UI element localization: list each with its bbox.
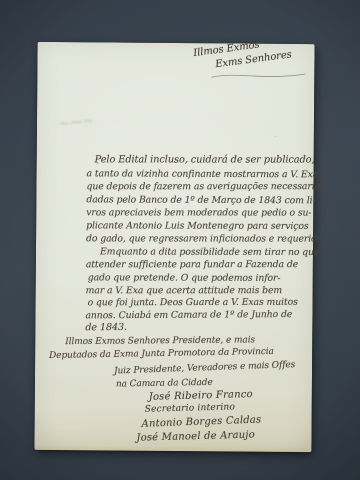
foxing-spots <box>38 42 39 43</box>
pen-flourish-swash <box>209 69 309 82</box>
manuscript-line: gado que pretende. O que podemos infor- <box>88 273 281 283</box>
manuscript-line: que depois de fazerem as averiguações ne… <box>86 182 324 192</box>
manuscript-line: Pelo Edital incluso, cuidará de ser publ… <box>95 155 315 165</box>
address-line: na Camara da Cidade <box>116 379 213 390</box>
manuscript-line: plicante Antonio Luis Montenegro para se… <box>86 221 308 231</box>
photograph-of-manuscript: Illmos Exmos Exms Senhores ~⁓~ Pelo Edit… <box>0 0 360 480</box>
manuscript-line: annos. Cuiabá em Camara de 1º de Junho d… <box>85 310 292 321</box>
manuscript-line: dadas pelo Banco de 1º de Março de 1843 … <box>86 195 315 205</box>
manuscript-line: a tanto da vizinha confinante mostrarmos… <box>87 169 323 179</box>
manuscript-line: o que foi junta. Deos Guarde a V. Exas m… <box>88 298 298 308</box>
date-line: de 1843. <box>85 323 127 333</box>
ink-bleed-ghost: ~⁓~ <box>58 113 94 132</box>
signature: José Manoel de Araujo <box>136 431 255 444</box>
manuscript-line: mar a V. Exa que acerta attitude mais be… <box>86 286 282 295</box>
signature-title: Secretario interino <box>145 403 236 414</box>
manuscript-page: Illmos Exmos Exms Senhores ~⁓~ Pelo Edit… <box>34 42 314 452</box>
manuscript-line: attender sufficiente para fundar a Fazen… <box>86 260 298 269</box>
signature: Antonio Borges Caldas <box>141 415 261 429</box>
manuscript-line: Emquanto a dita possibilidade sem tirar … <box>100 247 319 257</box>
address-line: Juiz Presidente, Vereadores e mais Offes <box>114 361 296 376</box>
manuscript-line: do gado, que regressarem inficionados e … <box>86 234 327 244</box>
manuscript-line: vros apreciaveis bem moderados que pedio… <box>86 208 311 217</box>
address-line: Illmos Exmos Senhores Presidente, e mais <box>65 336 255 347</box>
signature: José Ribeiro Franco <box>149 390 253 403</box>
address-line: Deputados da Exma Junta Promotora da Pro… <box>49 348 274 361</box>
